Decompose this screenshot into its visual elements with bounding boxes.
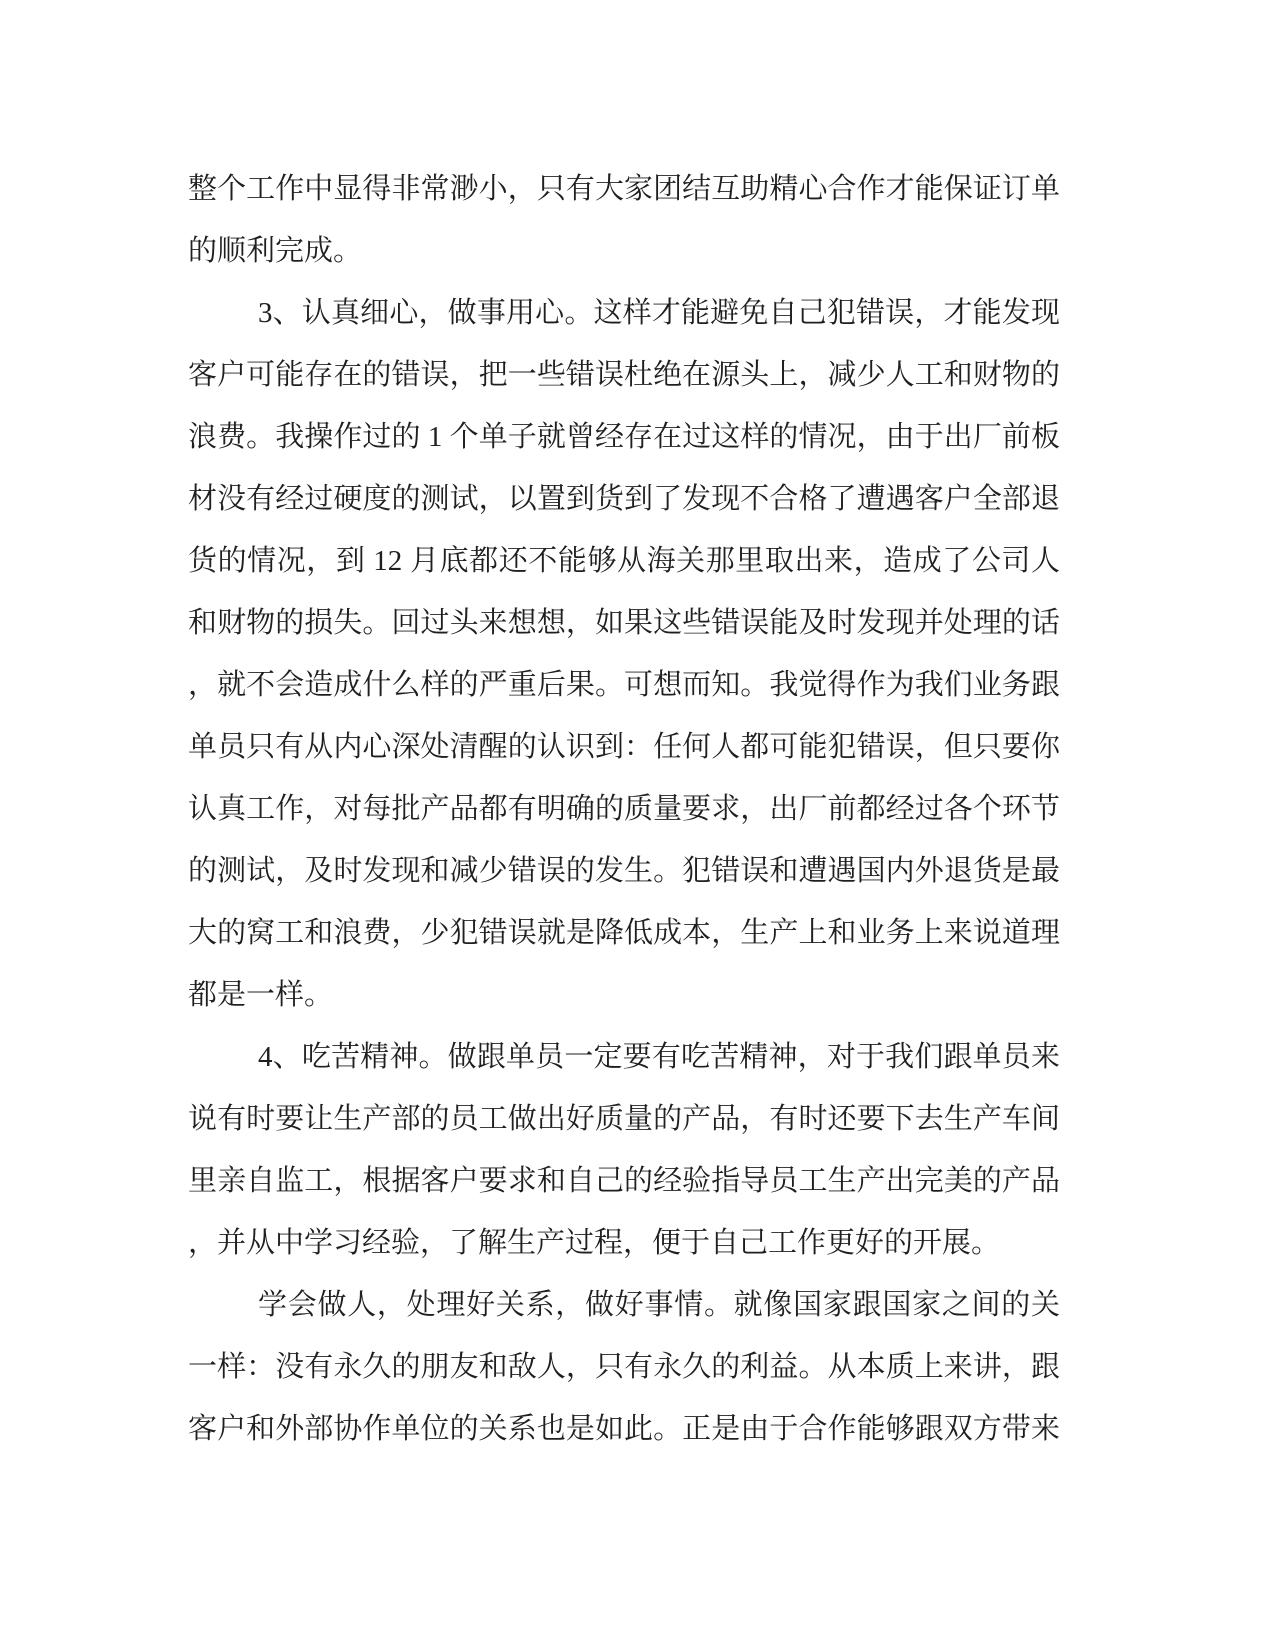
text-line: 浪费。我操作过的 1 个单子就曾经存在过这样的情况，由于出厂前板 xyxy=(188,406,1060,468)
text-line: 货的情况，到 12 月底都还不能够从海关那里取出来，造成了公司人工 xyxy=(188,530,1060,592)
text-line: ，就不会造成什么样的严重后果。可想而知。我觉得作为我们业务跟 xyxy=(188,654,1060,716)
text-line: 大的窝工和浪费，少犯错误就是降低成本，生产上和业务上来说道理 xyxy=(188,902,1060,964)
text-line: ，并从中学习经验，了解生产过程，便于自己工作更好的开展。 xyxy=(188,1212,1060,1274)
text-line: 整个工作中显得非常渺小，只有大家团结互助精心合作才能保证订单 xyxy=(188,158,1060,220)
text-line: 单员只有从内心深处清醒的认识到：任何人都可能犯错误，但只要你 xyxy=(188,716,1060,778)
text-line: 都是一样。 xyxy=(188,964,1060,1026)
document-body: 整个工作中显得非常渺小，只有大家团结互助精心合作才能保证订单的顺利完成。3、认真… xyxy=(188,158,1060,1460)
text-line: 的测试，及时发现和减少错误的发生。犯错误和遭遇国内外退货是最 xyxy=(188,840,1060,902)
text-line: 客户和外部协作单位的关系也是如此。正是由于合作能够跟双方带来 xyxy=(188,1398,1060,1460)
text-line: 说有时要让生产部的员工做出好质量的产品，有时还要下去生产车间 xyxy=(188,1088,1060,1150)
text-line: 认真工作，对每批产品都有明确的质量要求，出厂前都经过各个环节 xyxy=(188,778,1060,840)
text-line: 和财物的损失。回过头来想想，如果这些错误能及时发现并处理的话 xyxy=(188,592,1060,654)
text-line: 3、认真细心，做事用心。这样才能避免自己犯错误，才能发现 xyxy=(188,282,1060,344)
text-line: 的顺利完成。 xyxy=(188,220,1060,282)
document-page: 整个工作中显得非常渺小，只有大家团结互助精心合作才能保证订单的顺利完成。3、认真… xyxy=(0,0,1275,1650)
text-line: 4、吃苦精神。做跟单员一定要有吃苦精神，对于我们跟单员来 xyxy=(188,1026,1060,1088)
text-line: 一样：没有永久的朋友和敌人，只有永久的利益。从本质上来讲，跟 xyxy=(188,1336,1060,1398)
text-line: 客户可能存在的错误，把一些错误杜绝在源头上，减少人工和财物的 xyxy=(188,344,1060,406)
text-line: 学会做人，处理好关系，做好事情。就像国家跟国家之间的关系 xyxy=(188,1274,1060,1336)
text-line: 里亲自监工，根据客户要求和自己的经验指导员工生产出完美的产品 xyxy=(188,1150,1060,1212)
text-line: 材没有经过硬度的测试，以置到货到了发现不合格了遭遇客户全部退 xyxy=(188,468,1060,530)
